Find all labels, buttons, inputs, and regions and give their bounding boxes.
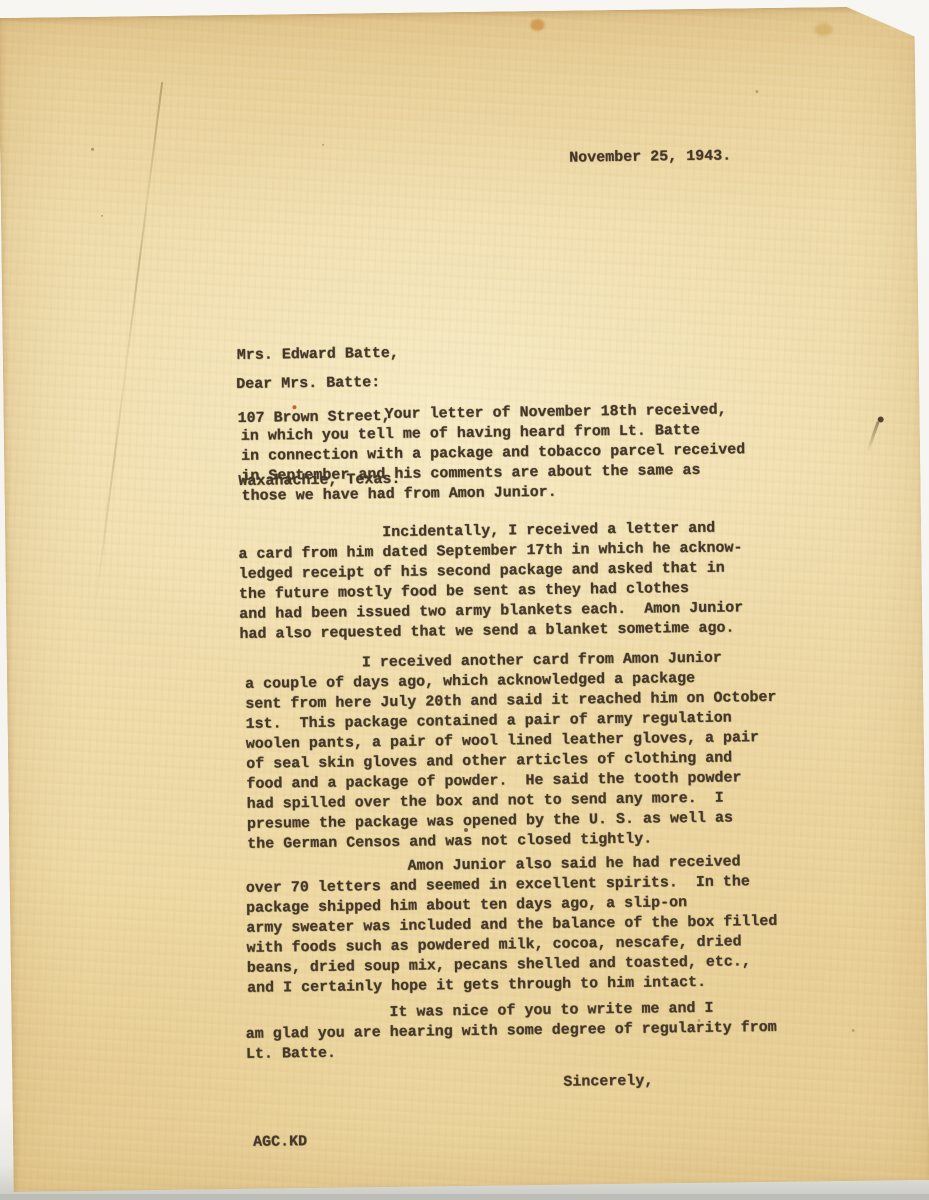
typist-initials: AGC.KD: [253, 1132, 307, 1153]
paragraph: Incidentally, I received a letter and a …: [238, 518, 744, 645]
stain-top-right: [814, 23, 832, 36]
address-line: Mrs. Edward Batte,: [237, 343, 399, 366]
scratch-mark: [94, 82, 163, 608]
ink-blot-tail: [866, 421, 879, 452]
paper-speck: [322, 144, 324, 146]
paper-speck: [852, 1029, 855, 1032]
paper-speck: [91, 148, 94, 151]
paper-speck: [101, 215, 103, 217]
paragraph: Amon Junior also said he had received ov…: [245, 852, 778, 999]
paragraph: I received another card from Amon Junior…: [245, 648, 779, 855]
letter-date: November 25, 1943.: [569, 146, 731, 168]
closing: Sincerely,: [563, 1072, 653, 1093]
scan-edge-strip: [0, 1194, 929, 1200]
ink-blot-mark: [860, 414, 887, 454]
paper-sheet: November 25, 1943. Mrs. Edward Batte, 10…: [0, 6, 929, 1192]
scanned-letter-page: November 25, 1943. Mrs. Edward Batte, 10…: [0, 0, 929, 1200]
salutation: Dear Mrs. Batte:: [236, 373, 380, 395]
paragraph: Your letter of November 18th received, i…: [240, 400, 745, 507]
paragraph: It was nice of you to write me and I am …: [245, 998, 777, 1065]
stain-top-center: [530, 19, 544, 31]
paper-speck: [755, 90, 758, 93]
